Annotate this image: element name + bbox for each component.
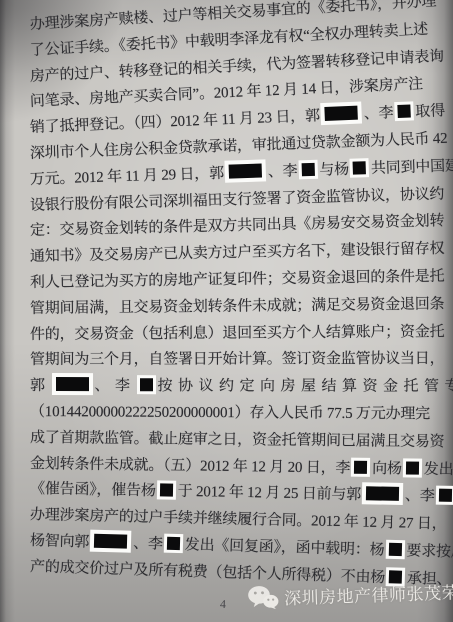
redaction-box: [406, 461, 419, 474]
text-run: 、李: [268, 163, 298, 180]
text-run: 利人已登记为买方的房地产证复印件；交易资金退回的条件是托: [30, 269, 445, 291]
text-run: 件的，交易资金（包括利息）退回至买方个人结算账户；资金托: [30, 324, 445, 343]
redaction-box: [56, 377, 89, 391]
redaction-box: [229, 163, 262, 178]
redaction-box: [167, 537, 180, 550]
text-run: 管期间为三个月，自签署日开始计算。签订资金监管协议当日，: [30, 351, 444, 368]
text-run: 杨智向郭: [30, 533, 90, 551]
redaction-box: [353, 161, 366, 174]
redaction-box: [301, 163, 314, 176]
text-run: 成了首期款监管。截止庭审之日，资金托管期间已届满且交易资: [30, 430, 445, 450]
redaction-box: [324, 106, 358, 121]
watermark-label: 深圳房地产律师张茂荣: [284, 578, 453, 609]
redaction-box: [397, 105, 411, 119]
document-body-text: 办理涉案房产赎楼、过户等相关交易事宜的《委托书》，并办理了公证手续。《委托书》中…: [30, 13, 444, 581]
document-line: 管期间届满，且交易资金划转条件未成就；满足交易资金退回条: [30, 292, 444, 322]
redaction-box: [366, 487, 399, 502]
text-run: 、李: [133, 536, 163, 553]
text-run: 发出《回复函》，函中载明：杨: [185, 537, 385, 558]
text-run: （10144200000222250200000001）存入人民币 77.5 万…: [30, 404, 430, 422]
text-run: 办理涉案房产的过户手续并继续履行合同。2012 年 12 月 27 日，: [30, 507, 447, 533]
text-run: 通知书》及交易房产已从卖方过户至买方名下，建设银行留存权: [30, 241, 445, 265]
text-run: 发出: [424, 461, 453, 477]
text-run: 《催告函》，催告杨: [30, 481, 156, 499]
page-number: 4: [220, 597, 226, 612]
text-run: 共同到中国建: [371, 158, 453, 177]
text-run: 管期间届满，且交易资金划转条件未成就；满足交易资金退回条: [30, 296, 445, 317]
document-line: 利人已登记为买方的房地产证复印件；交易资金退回的条件是托: [30, 265, 444, 297]
text-run: 定：交易资金划转的条件是双方共同出具《房易安交易资金划转: [30, 214, 445, 240]
document-line: 件的，交易资金（包括利息）退回至买方个人结算账户；资金托: [30, 320, 444, 349]
document-line: 郭、李按协议约定向房屋结算资金托管专户: [30, 374, 444, 401]
document-photo: 办理涉案房产赎楼、过户等相关交易事宜的《委托书》，并办理了公证手续。《委托书》中…: [0, 0, 453, 622]
redaction-box: [94, 534, 127, 549]
text-run: 要求按房: [406, 543, 453, 561]
text-run: 万元。2012 年 11 月 29 日，郭: [30, 166, 224, 188]
document-line: 管期间为三个月，自签署日开始计算。签订资金监管协议当日，: [30, 347, 444, 374]
text-run: 郭: [30, 378, 51, 394]
text-run: 、李: [405, 488, 435, 505]
redaction-box: [354, 460, 367, 473]
text-run: 按协议约定向房屋结算资金托管专户: [158, 378, 453, 395]
text-run: 取得: [415, 103, 445, 120]
document-line: （10144200000222250200000001）存入人民币 77.5 万…: [30, 400, 444, 428]
redaction-box: [140, 378, 153, 391]
text-run: 向杨: [372, 461, 402, 477]
redaction-box: [388, 543, 401, 556]
redaction-box: [438, 489, 451, 502]
document-line: 成了首期款监管。截止庭审之日，资金托管期间已届满且交易资: [30, 426, 444, 456]
text-run: 、李: [363, 105, 393, 122]
text-run: 与杨: [319, 162, 349, 179]
redaction-box: [160, 484, 173, 497]
wechat-icon: [247, 584, 280, 611]
text-run: 、李: [95, 378, 136, 394]
text-run: 于 2012 年 12 月 25 日前与郭: [178, 484, 362, 503]
text-run: 金划转条件未成就。（五）2012 年 12 月 20 日，李: [30, 456, 350, 477]
